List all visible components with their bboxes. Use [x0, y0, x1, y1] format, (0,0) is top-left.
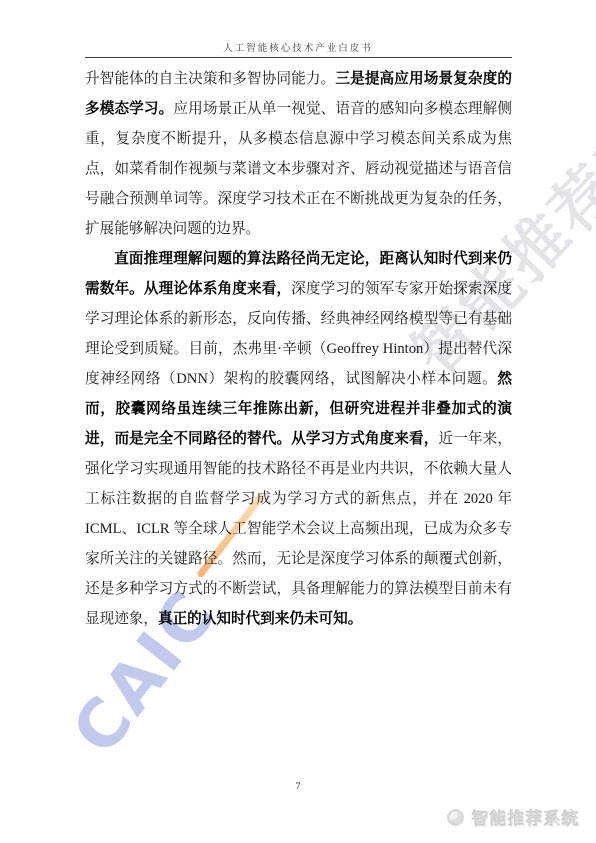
- paragraph-1: 升智能体的自主决策和多智协同能力。三是提高应用场景复杂度的多模态学习。应用场景正…: [85, 64, 512, 244]
- brand-logo-icon: [447, 809, 464, 826]
- page-number: 7: [0, 782, 596, 792]
- page-header-title: 人工智能核心技术产业白皮书: [0, 40, 596, 54]
- header-rule: [85, 57, 512, 58]
- document-body: 升智能体的自主决策和多智协同能力。三是提高应用场景复杂度的多模态学习。应用场景正…: [85, 64, 512, 634]
- p2-run-4: 近一年来，强化学习实现通用智能的技术路径不再是业内共识，不依赖大量人工标注数据的…: [85, 431, 512, 627]
- paragraph-2: 直面推理理解问题的算法路径尚无定论，距离认知时代到来仍需数年。从理论体系角度来看…: [85, 244, 512, 634]
- p1-run-3: 应用场景正从单一视觉、语音的感知向多模态理解侧重，复杂度不断提升，从多模态信息源…: [85, 101, 512, 237]
- brand-watermark: 智能推荐系统: [447, 805, 580, 830]
- brand-watermark-label: 智能推荐系统: [472, 805, 580, 830]
- p1-run-1: 升智能体的自主决策和多智协同能力。: [85, 71, 335, 87]
- p2-run-5-bold: 真正的认知时代到来仍未可知。: [158, 611, 362, 627]
